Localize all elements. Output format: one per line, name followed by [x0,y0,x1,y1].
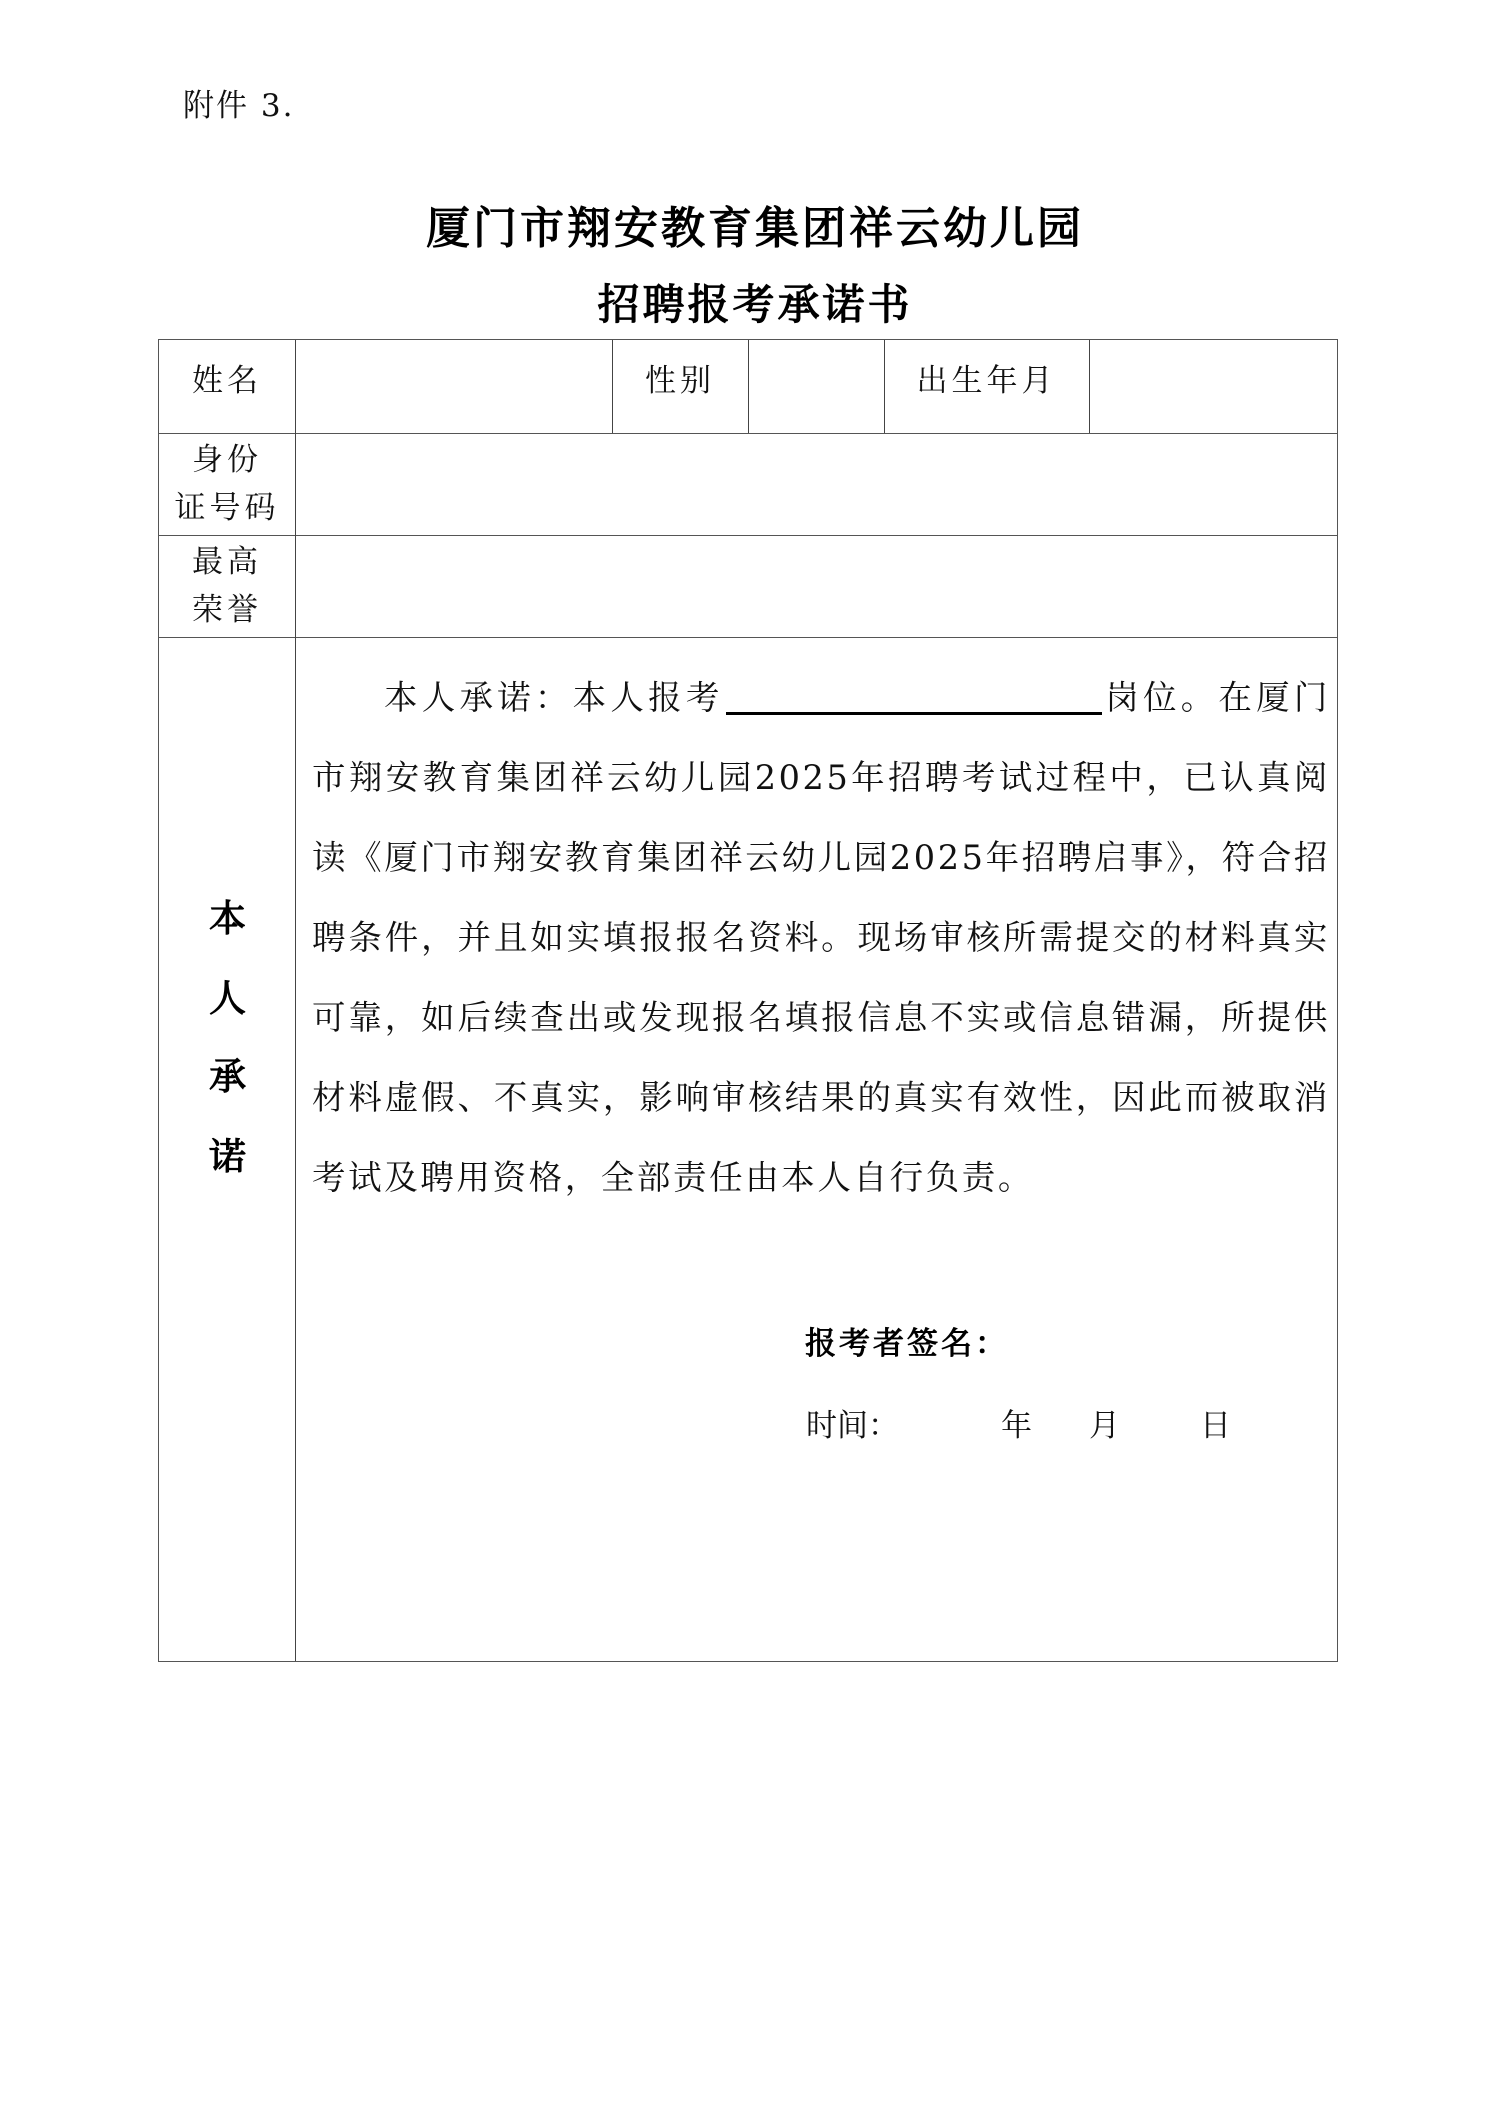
highest-honor-label-line2: 荣誉 [159,586,295,634]
signature-field[interactable] [1009,1310,1309,1360]
attachment-label: 附件 3. [183,80,294,125]
date-label: 时间： [806,1400,899,1445]
day-label: 日 [1200,1400,1231,1445]
column-divider [1089,340,1090,433]
highest-honor-field[interactable] [297,537,1337,636]
commitment-prefix: 本人承诺：本人报考 [384,678,724,717]
month-label: 月 [1089,1400,1120,1445]
id-number-label: 身份 证号码 [159,436,295,532]
signature-label: 报考者签名： [805,1318,1009,1363]
birth-date-field[interactable] [1091,340,1337,432]
position-blank-field[interactable] [726,682,1102,715]
row-divider [159,637,1337,638]
commitment-label-char: 承 [159,1046,296,1100]
row-divider [159,535,1337,536]
column-divider [748,340,749,433]
year-label: 年 [1001,1400,1032,1445]
commitment-text: 本人承诺：本人报考岗位。在厦门市翔安教育集团祥云幼儿园2025年招聘考试过程中，… [312,658,1330,1218]
document-subtitle: 招聘报考承诺书 [0,272,1500,332]
id-number-label-line2: 证号码 [159,484,295,532]
document-title: 厦门市翔安教育集团祥云幼儿园 [0,192,1500,256]
name-label: 姓名 [159,356,295,406]
gender-label: 性别 [612,356,748,406]
birth-date-label: 出生年月 [884,356,1089,406]
commitment-form-table: 姓名 性别 出生年月 身份 证号码 最高 荣誉 本 人 承 诺 本人承诺：本人报… [158,339,1338,1662]
commitment-label-char: 诺 [159,1126,296,1180]
commitment-label-char: 人 [159,968,296,1022]
commitment-body: 岗位。在厦门市翔安教育集团祥云幼儿园2025年招聘考试过程中，已认真阅读《厦门市… [312,678,1330,1197]
id-number-label-line1: 身份 [159,436,295,484]
id-number-field[interactable] [297,435,1337,534]
highest-honor-label: 最高 荣誉 [159,538,295,634]
highest-honor-label-line1: 最高 [159,538,295,586]
row-divider [159,433,1337,434]
name-field[interactable] [297,340,611,432]
commitment-label-char: 本 [159,888,296,942]
gender-field[interactable] [750,340,883,432]
